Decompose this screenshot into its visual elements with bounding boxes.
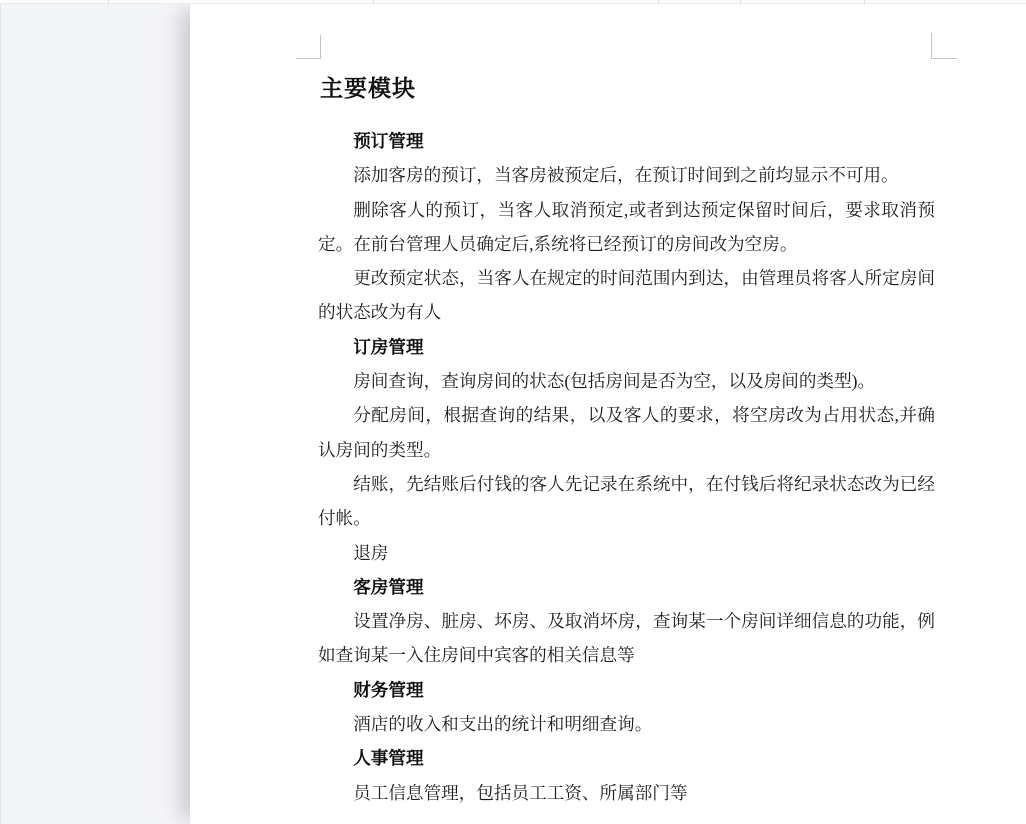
paragraph: 更改预定状态，当客人在规定的时间范围内到达，由管理员将客人所定房间的状态改为有人: [318, 261, 935, 330]
section-heading: 订房管理: [318, 330, 935, 364]
document-title: 主要模块: [320, 70, 416, 103]
paragraph: 添加客房的预订，当客房被预定后，在预订时间到之前均显示不可用。: [318, 158, 935, 192]
document-page[interactable]: 主要模块 预订管理添加客房的预订，当客房被预定后，在预订时间到之前均显示不可用。…: [190, 4, 1026, 824]
document-body: 预订管理添加客房的预订，当客房被预定后，在预订时间到之前均显示不可用。删除客人的…: [318, 124, 935, 810]
paragraph: 酒店的收入和支出的统计和明细查询。: [318, 707, 935, 741]
text-boundary-mark-top-right: [931, 33, 957, 59]
paragraph: 结账，先结账后付钱的客人先记录在系统中，在付钱后将纪录状态改为已经付帐。: [318, 467, 935, 536]
paragraph: 分配房间，根据查询的结果，以及客人的要求，将空房改为占用状态,并确认房间的类型。: [318, 398, 935, 467]
toolbar-bottom-edge: [0, 0, 1026, 4]
paragraph: 设置净房、脏房、坏房、及取消坏房，查询某一个房间详细信息的功能，例如查询某一入住…: [318, 604, 935, 673]
section-heading: 客房管理: [318, 570, 935, 604]
toolbar-tick: [658, 0, 659, 4]
sidebar-pane[interactable]: [0, 4, 190, 824]
section-heading: 财务管理: [318, 673, 935, 707]
section-heading: 预订管理: [318, 124, 935, 158]
toolbar-tick: [108, 0, 109, 4]
toolbar-tick: [740, 0, 741, 4]
toolbar-tick: [864, 0, 865, 4]
paragraph: 员工信息管理，包括员工工资、所属部门等: [318, 776, 935, 810]
toolbar-tick: [373, 0, 374, 4]
section-heading: 人事管理: [318, 741, 935, 775]
paragraph: 删除客人的预订，当客人取消预定,或者到达预定保留时间后，要求取消预定。在前台管理…: [318, 193, 935, 262]
text-boundary-mark-top-left: [296, 35, 321, 59]
paragraph: 退房: [318, 536, 935, 570]
app-window: 主要模块 预订管理添加客房的预订，当客房被预定后，在预订时间到之前均显示不可用。…: [0, 0, 1026, 824]
paragraph: 房间查询，查询房间的状态(包括房间是否为空，以及房间的类型)。: [318, 364, 935, 398]
